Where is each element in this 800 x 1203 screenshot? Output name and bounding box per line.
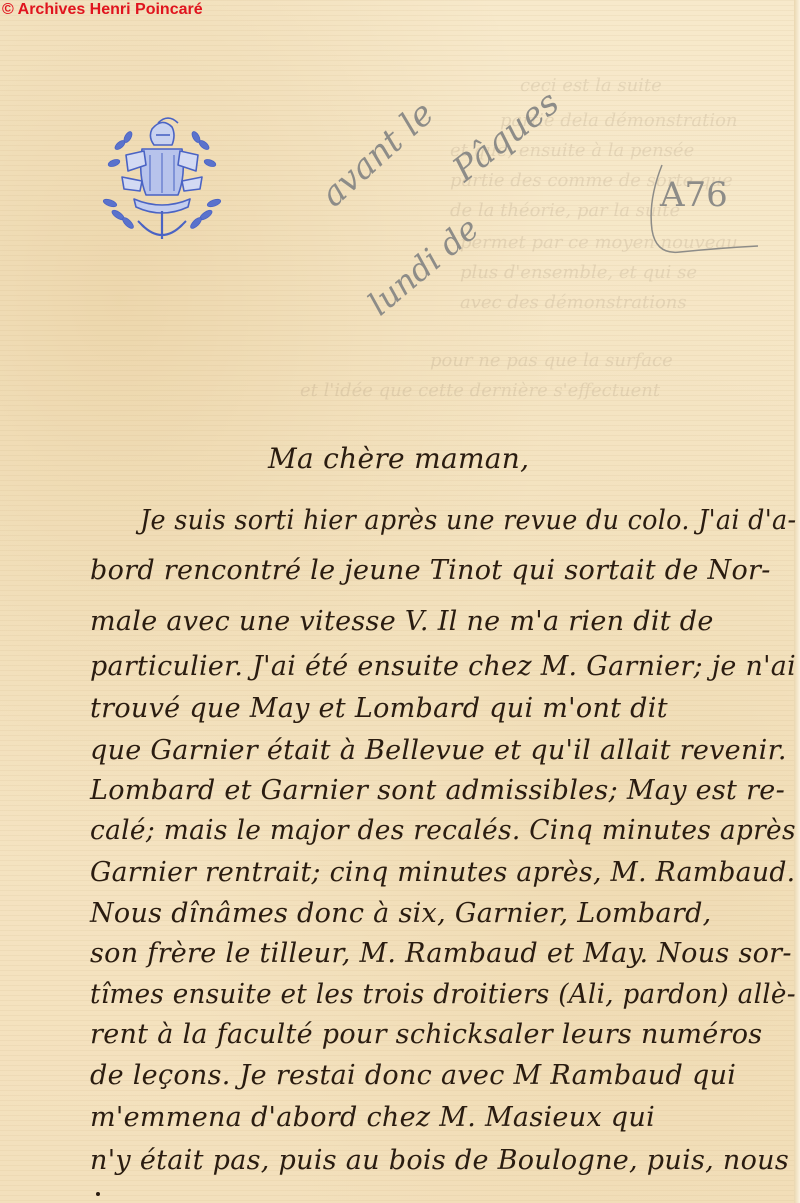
letter-line: Nous dînâmes donc à six, Garnier, Lombar…: [90, 898, 712, 929]
letter-line: bord rencontré le jeune Tinot qui sortai…: [90, 555, 771, 586]
letter-line: n'y était pas, puis au bois de Boulogne,…: [90, 1145, 789, 1176]
letter-salutation: Ma chère maman,: [268, 442, 529, 475]
archive-reference: A76: [660, 175, 728, 215]
letter-line: Je suis sorti hier après une revue du co…: [140, 505, 796, 536]
heraldic-crest-icon: [98, 115, 226, 245]
letter-line: tîmes ensuite et les trois droitiers (Al…: [90, 979, 796, 1010]
letter-line: de leçons. Je restai donc avec M Rambaud…: [90, 1060, 736, 1091]
bleed-through-text: plus d'ensemble, et qui se: [460, 262, 697, 283]
bleed-through-text: et l'idée que cette dernière s'effectuen…: [300, 380, 660, 401]
bleed-through-text: avec des démonstrations: [460, 292, 687, 313]
copyright-notice: © Archives Henri Poincaré: [2, 1, 203, 19]
letter-line: calé; mais le major des recalés. Cinq mi…: [90, 815, 796, 846]
letter-line: particulier. J'ai été ensuite chez M. Ga…: [90, 651, 796, 682]
letter-line: trouvé que May et Lombard qui m'ont dit: [90, 693, 668, 724]
bleed-through-text: pour ne pas que la surface: [430, 350, 673, 371]
letter-line: male avec une vitesse V. Il ne m'a rien …: [90, 606, 714, 637]
letter-line: Garnier rentrait; cinq minutes après, M.…: [90, 857, 795, 888]
letter-line: m'emmena d'abord chez M. Masieux qui: [90, 1102, 655, 1133]
ink-dot: [96, 1192, 100, 1196]
letter-line: rent à la faculté pour schicksaler leurs…: [90, 1019, 762, 1050]
letter-line: que Garnier était à Bellevue et qu'il al…: [90, 735, 787, 766]
letter-line: son frère le tilleur, M. Rambaud et May.…: [90, 938, 792, 969]
page-edge: [794, 0, 800, 1203]
letter-line: Lombard et Garnier sont admissibles; May…: [90, 775, 785, 806]
